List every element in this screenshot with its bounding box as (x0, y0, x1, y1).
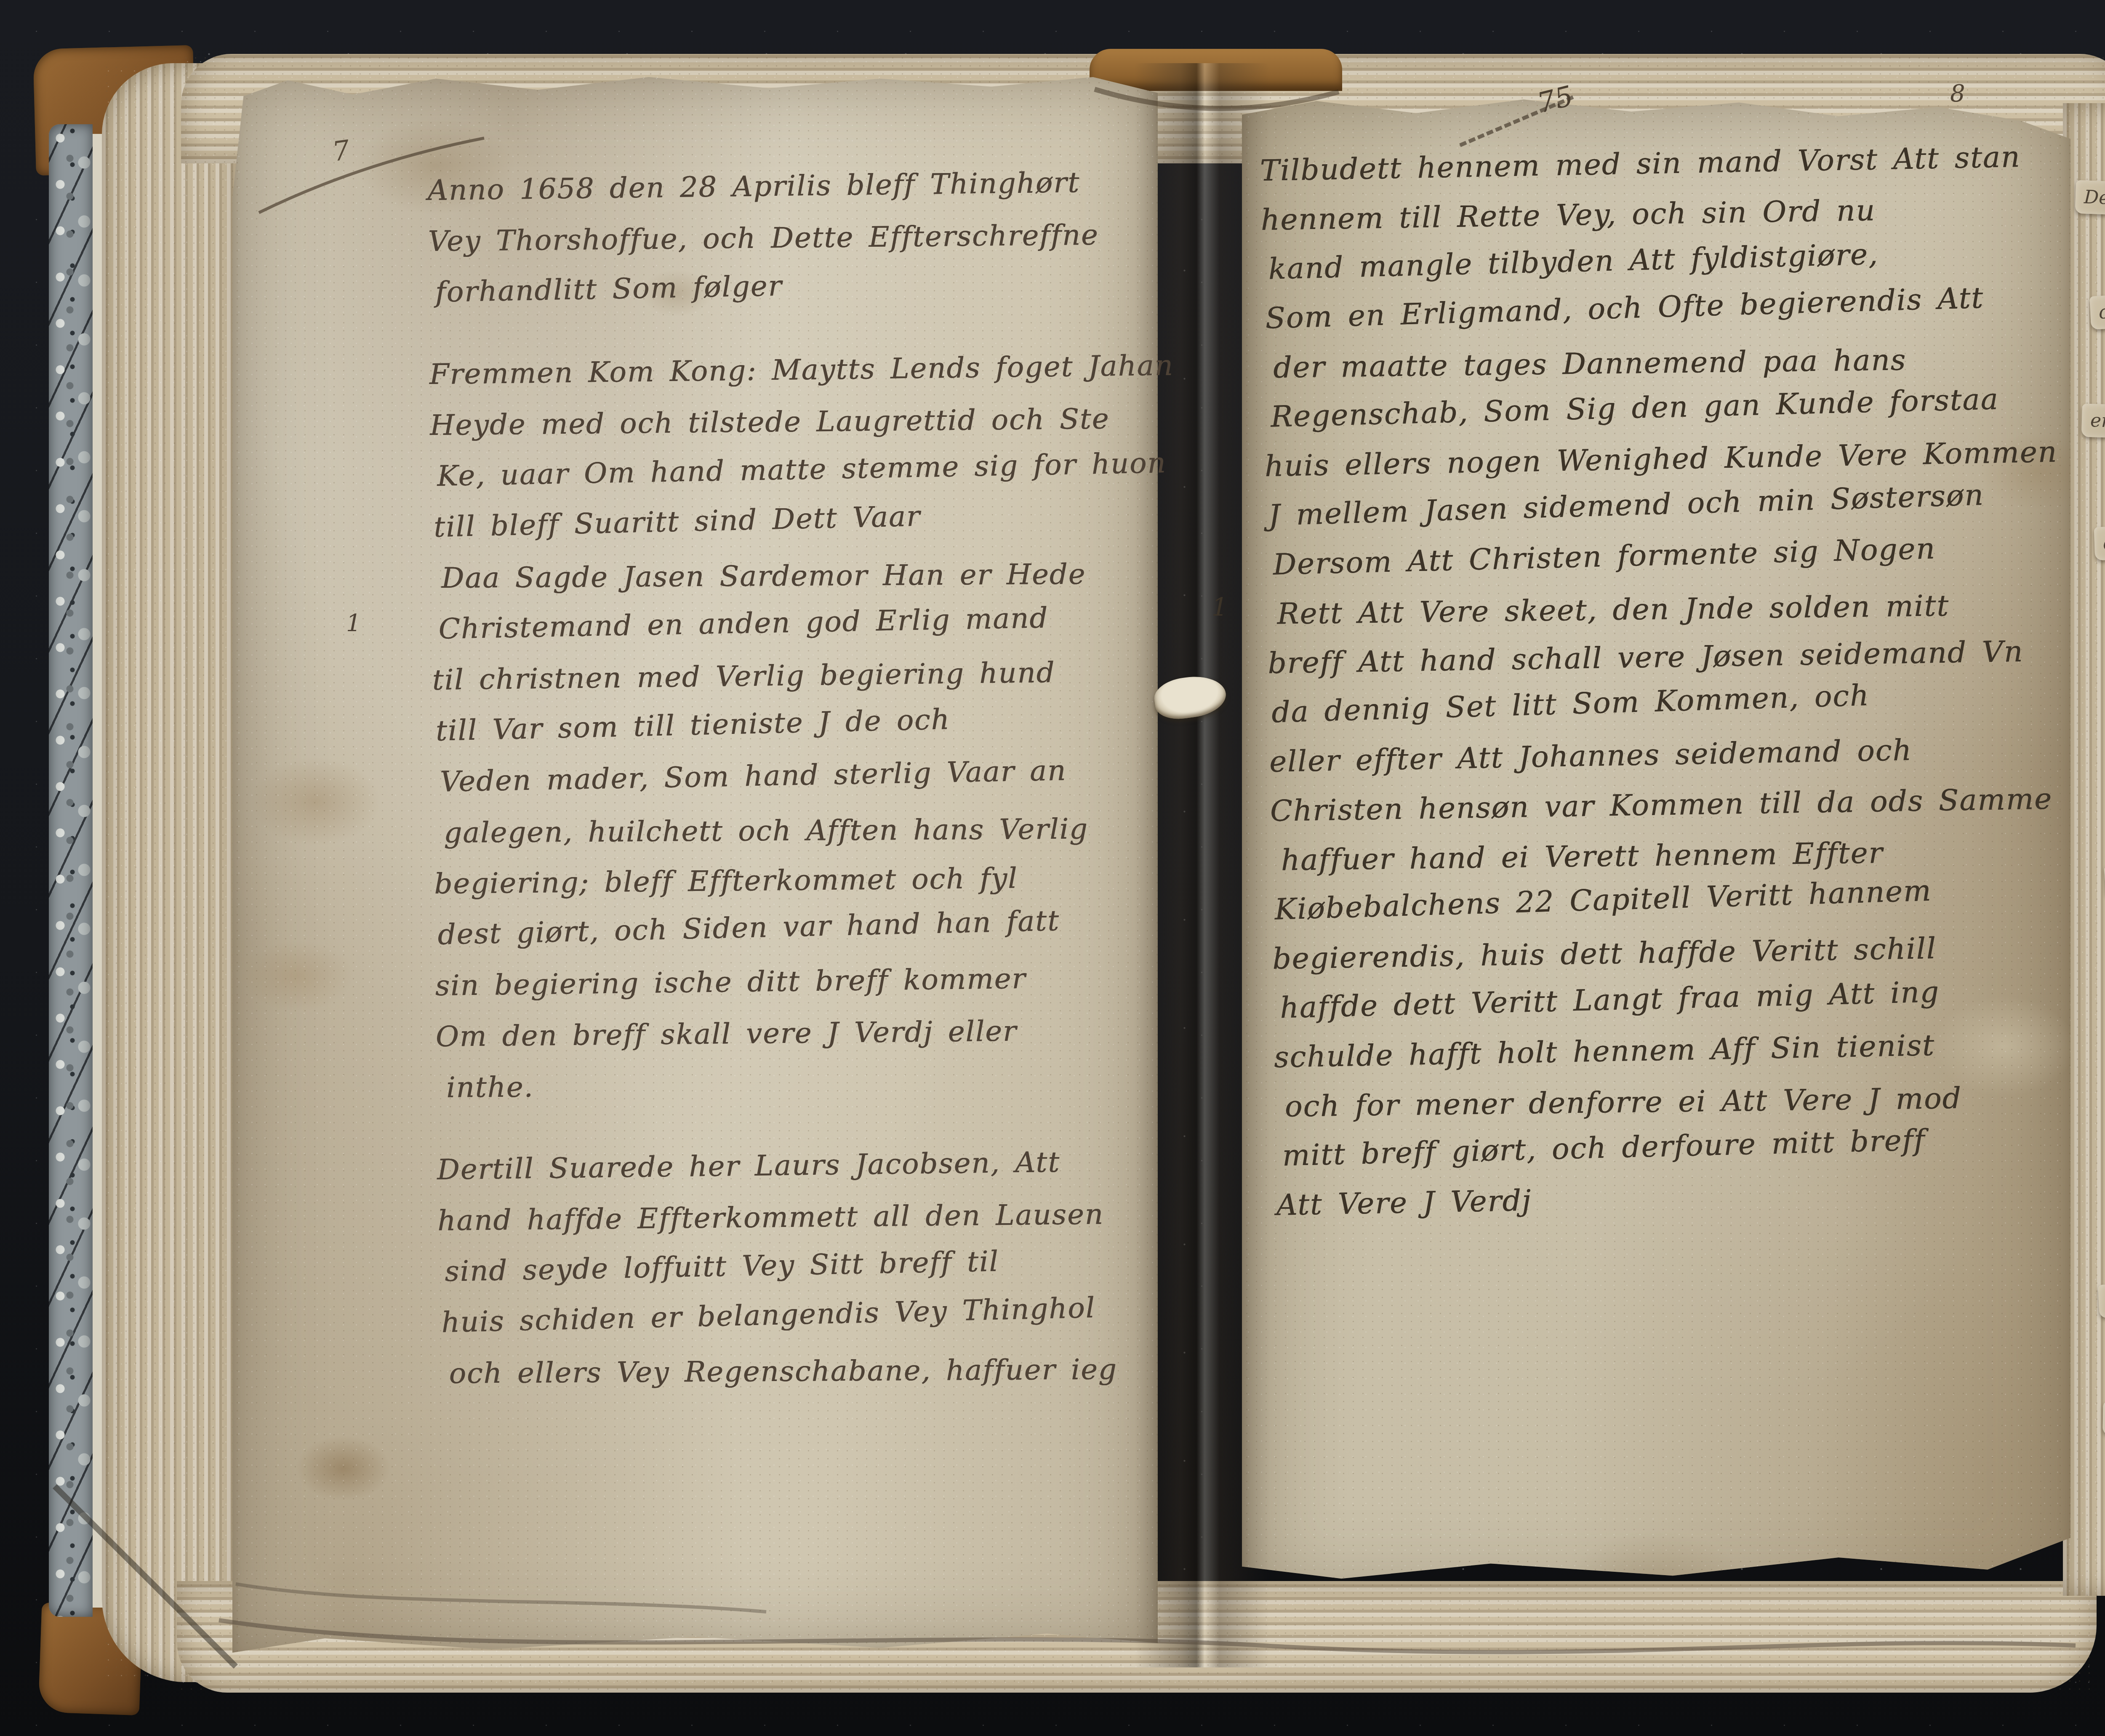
marbled-cover-left (49, 124, 93, 1617)
fore-edge-fragment: nd (2102, 1402, 2105, 1436)
manuscript-book-photo: 7 75 8 1 1 Anno 1658 den 28 Aprilis blef… (0, 0, 2105, 1736)
fore-edge-fragment: ofw (2094, 525, 2105, 560)
manuscript-line: Dertill Suarede her Laurs Jacobsen, Att (437, 1136, 1170, 1195)
manuscript-line: galegen, huilchett och Afften hans Verli… (444, 803, 1177, 859)
margin-mark-left: 1 (346, 610, 361, 637)
page-stack-edge-left (102, 63, 241, 1682)
fore-edge-fragment: Den (2075, 180, 2105, 215)
manuscript-line: Om den breff skall vere J Verdj eller (435, 1004, 1168, 1062)
paragraph-date-heading: Anno 1658 den 28 Aprilis bleff Thinghørt… (427, 158, 1161, 318)
paragraph-continuation: Tilbudett hennem med sin mand Vorst Att … (1260, 134, 2085, 1230)
spine-headcap (1090, 49, 1342, 91)
margin-mark-right: 1 (1212, 593, 1228, 622)
manuscript-line: Rett Att Vere skeet, den Jnde solden mit… (1277, 580, 2086, 639)
right-page-text: Tilbudett hennem med sin mand Vorst Att … (1260, 134, 2085, 1230)
left-page-text: Anno 1658 den 28 Aprilis bleff Thinghørt… (427, 158, 1172, 1399)
fore-edge-fragment: erk (2081, 404, 2105, 438)
manuscript-line: och ellers Vey Regenschabane, haffuer ie… (449, 1344, 1182, 1399)
manuscript-line: sin begiering ische ditt breff kommer (435, 952, 1168, 1011)
paragraph-reply: Dertill Suarede her Laurs Jacobsen, Atth… (437, 1137, 1172, 1399)
paragraph-court-proceedings: Fremmen Kom Kong: Maytts Lends foget Jah… (429, 342, 1169, 1113)
manuscript-line: Fremmen Kom Kong: Maytts Lends foget Jah… (429, 340, 1162, 400)
manuscript-line: Anno 1658 den 28 Aprilis bleff Thinghørt (427, 156, 1160, 216)
manuscript-line: inthe. (446, 1058, 1179, 1113)
fore-edge-fragment: onge (2089, 293, 2105, 330)
corner-number-right: 8 (1950, 80, 1965, 107)
